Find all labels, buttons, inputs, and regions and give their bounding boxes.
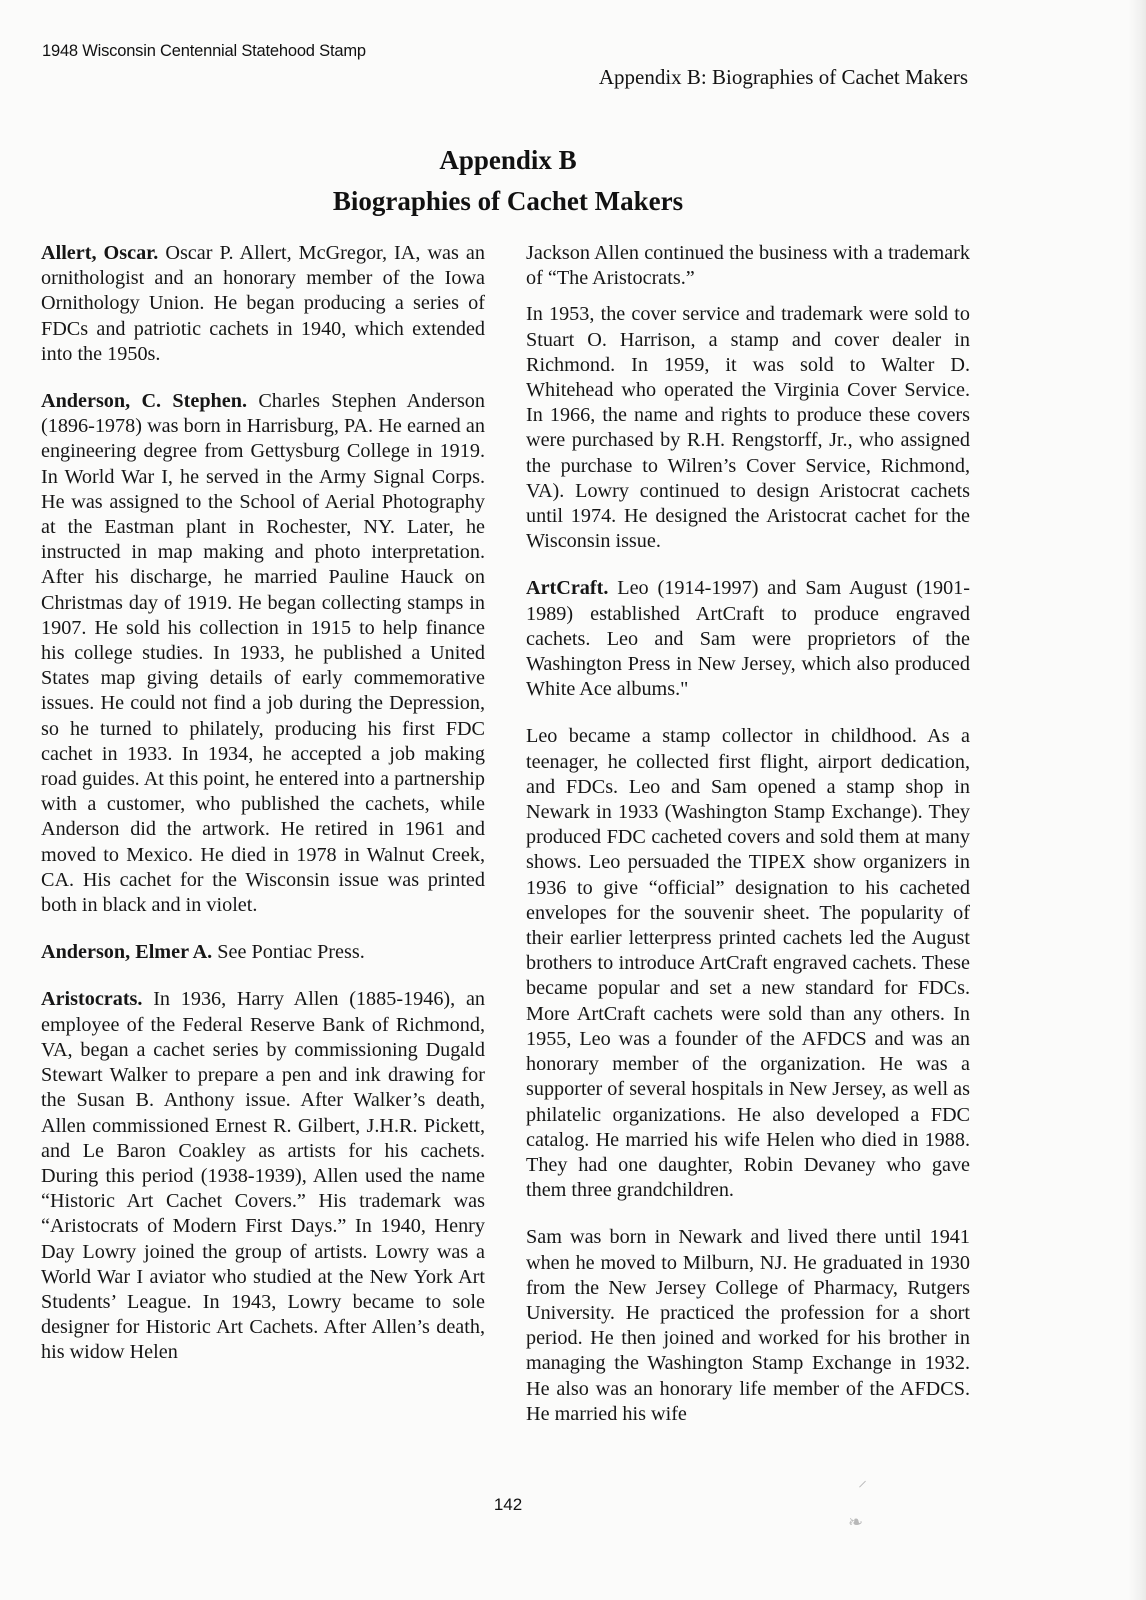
title-line-biographies: Biographies of Cachet Makers [0, 181, 1016, 222]
paragraph-aristocrats-continued: Jackson Allen continued the business wit… [526, 241, 970, 291]
entry-name: ArtCraft. [526, 577, 608, 599]
paragraph-text: In 1953, the cover service and trademark… [526, 303, 970, 552]
entry-text: Charles Stephen Anderson (1896-1978) was… [41, 390, 485, 916]
entry-name: Aristocrats. [41, 988, 142, 1010]
entry-text: See Pontiac Press. [212, 941, 365, 963]
paragraph-leo-august: Leo became a stamp collector in childhoo… [526, 724, 970, 1203]
scan-smudge-mark: ⸝ [858, 1468, 867, 1492]
page-number: 142 [0, 1495, 1016, 1515]
scan-smudge-mark: ❧ [848, 1512, 863, 1533]
paragraph-aristocrats-ownership: In 1953, the cover service and trademark… [526, 302, 970, 554]
running-header-book-title: 1948 Wisconsin Centennial Statehood Stam… [42, 42, 366, 61]
left-column: Allert, Oscar. Oscar P. Allert, McGregor… [41, 241, 485, 1388]
right-column: Jackson Allen continued the business wit… [526, 241, 970, 1449]
paragraph-sam-august: Sam was born in Newark and lived there u… [526, 1225, 970, 1427]
entry-name: Allert, Oscar. [41, 242, 158, 264]
entry-anderson-c-stephen: Anderson, C. Stephen. Charles Stephen An… [41, 389, 485, 918]
page-title: Appendix B Biographies of Cachet Makers [0, 140, 1016, 222]
title-line-appendix: Appendix B [0, 140, 1016, 181]
entry-artcraft: ArtCraft. Leo (1914-1997) and Sam August… [526, 576, 970, 702]
entry-aristocrats: Aristocrats. In 1936, Harry Allen (1885-… [41, 987, 485, 1365]
entry-name: Anderson, Elmer A. [41, 941, 212, 963]
entry-name: Anderson, C. Stephen. [41, 390, 247, 412]
paragraph-text: Sam was born in Newark and lived there u… [526, 1226, 970, 1424]
running-header-section-title: Appendix B: Biographies of Cachet Makers [599, 65, 968, 90]
paragraph-text: Leo became a stamp collector in childhoo… [526, 725, 970, 1201]
entry-text: In 1936, Harry Allen (1885-1946), an emp… [41, 988, 485, 1363]
entry-anderson-elmer: Anderson, Elmer A. See Pontiac Press. [41, 940, 485, 965]
entry-allert-oscar: Allert, Oscar. Oscar P. Allert, McGregor… [41, 241, 485, 367]
paragraph-text: Jackson Allen continued the business wit… [526, 242, 970, 289]
